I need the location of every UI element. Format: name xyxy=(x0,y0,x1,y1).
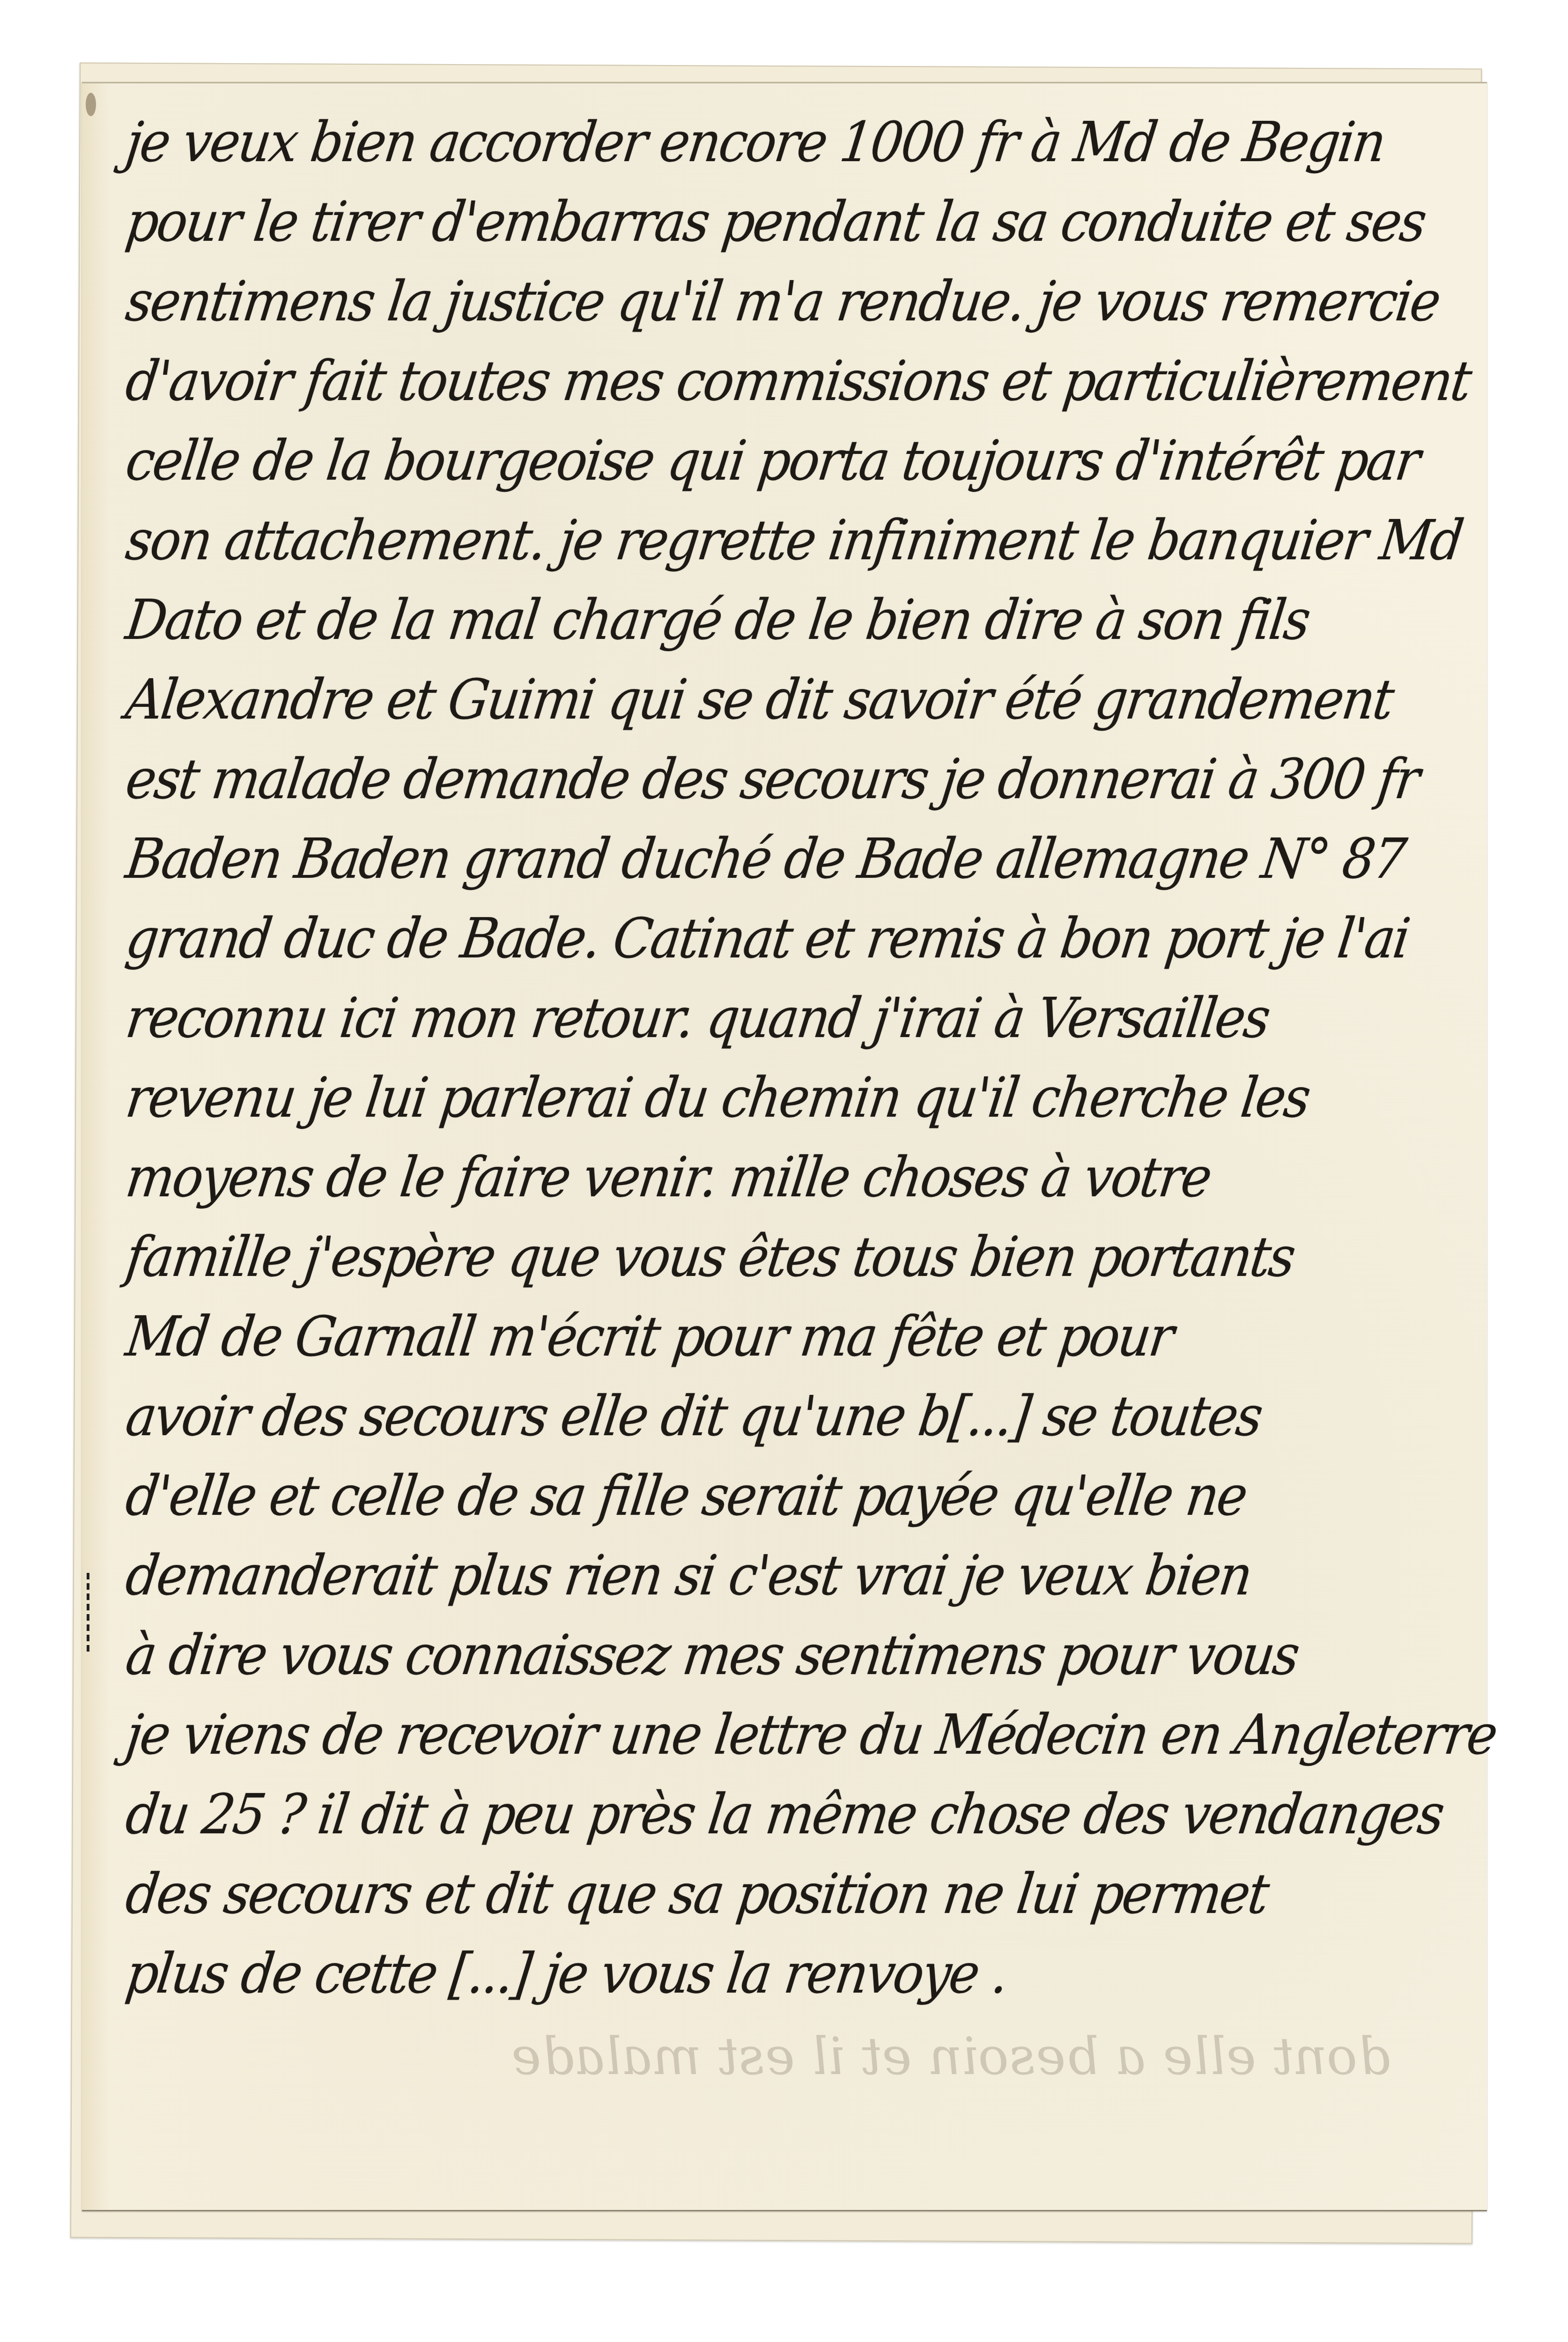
page-fold-shadow xyxy=(82,83,110,2210)
letter-body: je veux bien accorder encore 1000 fr à M… xyxy=(126,102,1475,2069)
handwritten-line: Baden Baden grand duché de Bade allemagn… xyxy=(121,819,1373,898)
ink-stain xyxy=(86,93,96,116)
handwritten-line: du 25 ? il dit à peu près la même chose … xyxy=(121,1774,1373,1854)
handwritten-line: avoir des secours elle dit qu'une b[...]… xyxy=(121,1376,1373,1456)
handwritten-line: son attachement. je regrette infiniment … xyxy=(121,500,1373,580)
handwritten-line: revenu je lui parlerai du chemin qu'il c… xyxy=(121,1058,1373,1137)
handwritten-line: sentimens la justice qu'il m'a rendue. j… xyxy=(121,261,1373,341)
handwritten-line: pour le tirer d'embarras pendant la sa c… xyxy=(121,182,1373,261)
handwritten-line: je veux bien accorder encore 1000 fr à M… xyxy=(121,102,1373,182)
handwritten-line: Md de Garnall m'écrit pour ma fête et po… xyxy=(121,1297,1373,1376)
handwritten-line: est malade demande des secours je donner… xyxy=(121,739,1373,819)
handwritten-line: grand duc de Bade. Catinat et remis à bo… xyxy=(121,898,1373,978)
handwritten-line: famille j'espère que vous êtes tous bien… xyxy=(121,1217,1373,1297)
handwritten-line: Alexandre et Guimi qui se dit savoir été… xyxy=(121,660,1373,739)
handwritten-line: plus de cette [...] je vous la renvoye . xyxy=(121,1934,1373,2013)
letter-page: je veux bien accorder encore 1000 fr à M… xyxy=(82,82,1487,2211)
handwritten-line: demanderait plus rien si c'est vrai je v… xyxy=(121,1535,1373,1615)
handwritten-line: à dire vous connaissez mes sentimens pou… xyxy=(121,1615,1373,1695)
handwritten-line: d'elle et celle de sa fille serait payée… xyxy=(121,1456,1373,1535)
handwritten-line: d'avoir fait toutes mes commissions et p… xyxy=(121,341,1373,421)
bleed-through-text: dont elle a besoin et il est malade xyxy=(46,2009,1396,2103)
handwritten-line: moyens de le faire venir. mille choses à… xyxy=(121,1137,1373,1217)
handwritten-line: Dato et de la mal chargé de le bien dire… xyxy=(121,580,1373,660)
handwritten-line: je viens de recevoir une lettre du Médec… xyxy=(121,1695,1373,1774)
handwritten-line: des secours et dit que sa position ne lu… xyxy=(121,1854,1373,1934)
margin-ink-mark xyxy=(87,1573,89,1653)
handwritten-line: reconnu ici mon retour. quand j'irai à V… xyxy=(121,978,1373,1058)
handwritten-line: celle de la bourgeoise qui porta toujour… xyxy=(121,421,1373,500)
